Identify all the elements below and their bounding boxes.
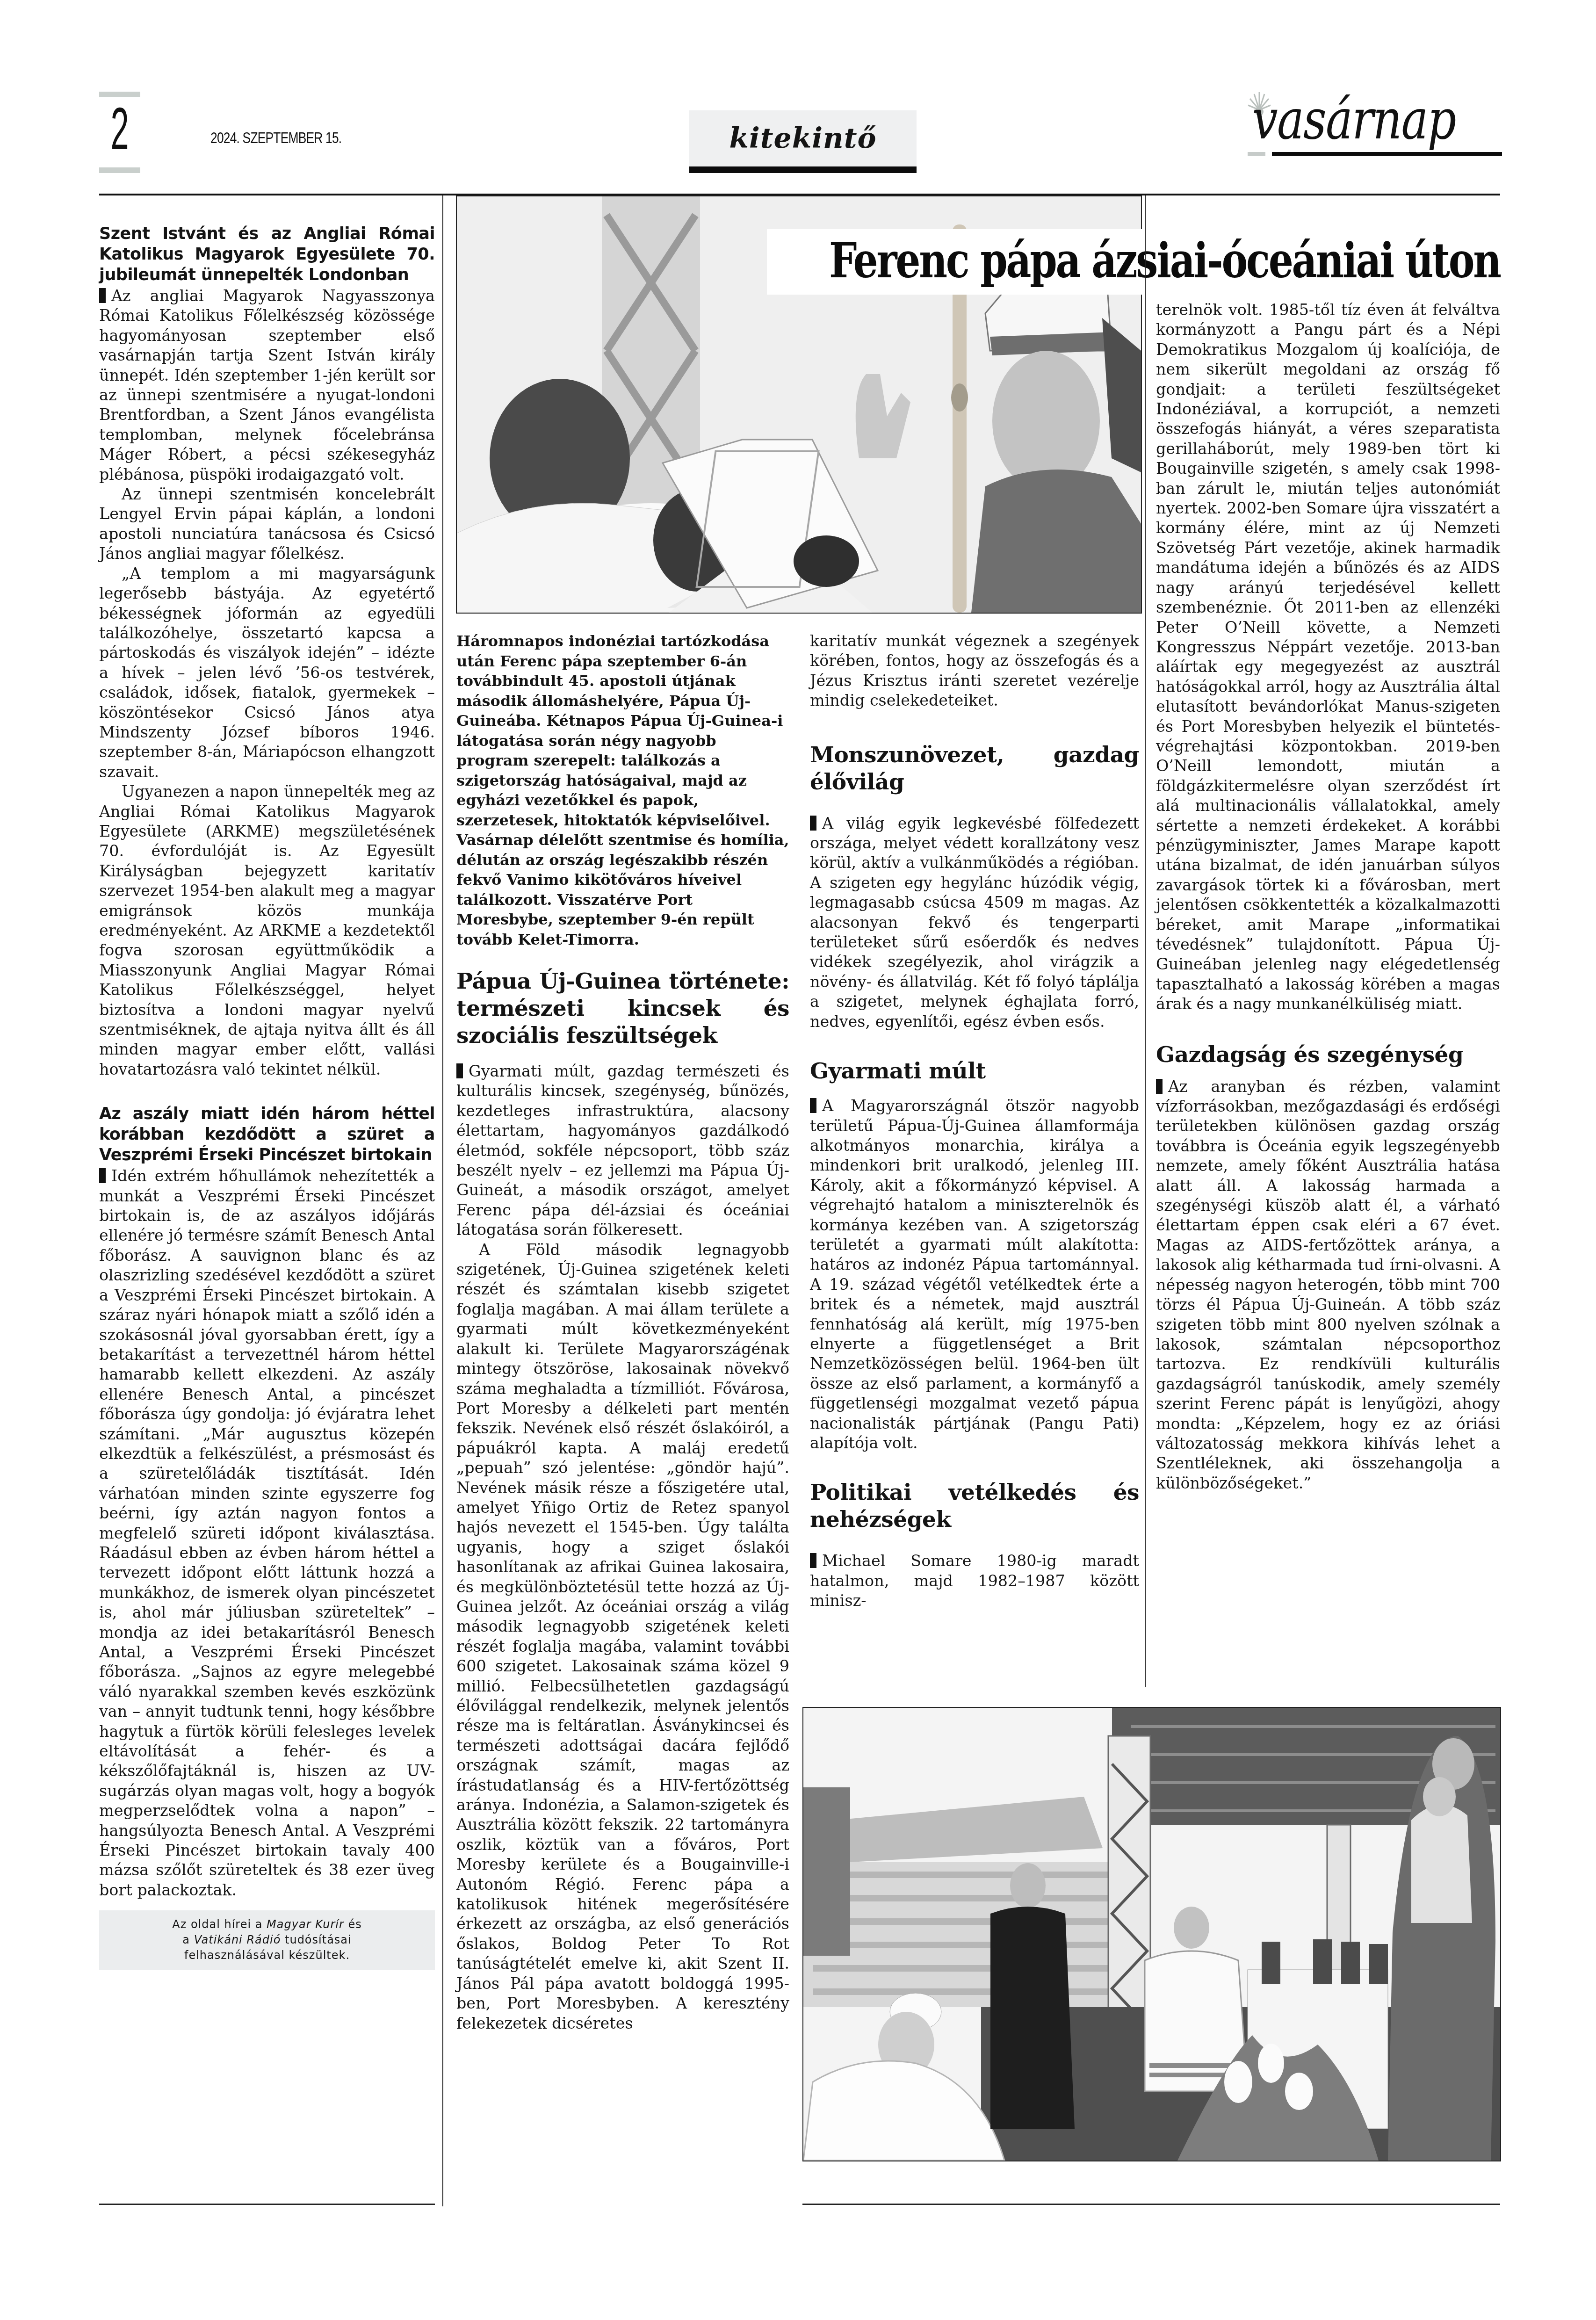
page-number: 2: [108, 99, 131, 159]
paragraph-marker: [1156, 1079, 1163, 1094]
credit-box: Az oldal hírei a Magyar Kurír és a Vatik…: [99, 1910, 435, 1970]
article-paragraph: Az aranyban és rézben, valamint vízforrá…: [1156, 1077, 1500, 1494]
brief-paragraph: Az angliai Magyarok Nagyasszonya Római K…: [99, 286, 435, 484]
section-heading: Politikai vetélkedés és nehézségek: [810, 1479, 1139, 1533]
bottom-rule: [802, 2204, 1500, 2205]
brief-paragraph: Idén extrém hőhullámok nehezítették a mu…: [99, 1166, 435, 1900]
article-paragraph: A Magyarországnál ötször nagyobb terület…: [810, 1096, 1139, 1453]
article-paragraph: terelnök volt. 1985-től tíz éven át felv…: [1156, 300, 1500, 1014]
article-paragraph: Michael Somare 1980-ig maradt hatalmon, …: [810, 1551, 1139, 1611]
column-divider: [442, 195, 443, 2206]
source-name: Vatikáni Rádió: [194, 1933, 281, 1946]
paragraph-marker: [99, 288, 106, 303]
paragraph-marker: [810, 816, 816, 831]
article-column-4: terelnök volt. 1985-től tíz éven át felv…: [1156, 300, 1500, 1493]
page-number-mark-bottom: [99, 167, 140, 173]
brief-title: Szent Istvánt és az Angliai Római Katoli…: [99, 224, 435, 285]
photo-pope-praying-madonna-image: [803, 1708, 1500, 2161]
brief-title: Az aszály miatt idén három héttel korább…: [99, 1104, 435, 1165]
section-label-text: kitekintő: [729, 122, 877, 155]
column-divider: [798, 622, 798, 2203]
section-heading: Gyarmati múlt: [810, 1058, 1139, 1085]
masthead-logo: vasárnap: [1248, 91, 1502, 157]
section-heading: Gazdagság és szegénység: [1156, 1041, 1500, 1069]
brief-paragraph: Az ünnepi szentmisén koncelebrált Lengye…: [99, 484, 435, 564]
photo-pope-praying-madonna: [802, 1707, 1501, 2161]
section-heading: Monszunövezet, gazdag élővilág: [810, 742, 1139, 796]
article-paragraph: A világ egyik legkevésbé fölfedezett ors…: [810, 814, 1139, 1032]
headline-box: Ferenc pápa ázsiai-óceániai úton: [767, 229, 1500, 295]
brief-paragraph: Ugyanezen a napon ünnepelték meg az Angl…: [99, 782, 435, 1079]
logo-rule-accent: [1248, 152, 1265, 156]
paragraph-marker: [99, 1168, 106, 1183]
paragraph-marker: [810, 1098, 816, 1113]
article-lead: Háromnapos indonéziai tartózkodása után …: [456, 631, 789, 949]
section-heading: Pápua Új-Guinea története: természeti ki…: [456, 968, 789, 1049]
article-paragraph: Gyarmati múlt, gazdag természeti és kult…: [456, 1062, 789, 1240]
issue-date: 2024. SZEPTEMBER 15.: [210, 129, 341, 147]
section-label: kitekintő: [689, 110, 917, 173]
article-paragraph: karitatív munkát végeznek a szegények kö…: [810, 631, 1139, 711]
logo-rule: [1272, 152, 1502, 156]
paragraph-marker: [810, 1553, 816, 1568]
article-column-2: Háromnapos indonéziai tartózkodása után …: [456, 631, 789, 2033]
left-column: Szent Istvánt és az Angliai Római Katoli…: [99, 224, 435, 1970]
article-column-3: karitatív munkát végeznek a szegények kö…: [810, 631, 1139, 1611]
brief-paragraph: „A templom a mi magyarságunk legerősebb …: [99, 564, 435, 782]
article-paragraph: A Föld második legnagyobb szigetének, Új…: [456, 1240, 789, 2033]
source-name: Magyar Kurír: [267, 1918, 344, 1931]
column-divider: [1145, 195, 1146, 1687]
headline: Ferenc pápa ázsiai-óceániai úton: [829, 233, 1500, 289]
paragraph-marker: [456, 1063, 463, 1078]
bottom-rule-left: [99, 2204, 435, 2205]
logo-text: vasárnap: [1252, 87, 1456, 152]
